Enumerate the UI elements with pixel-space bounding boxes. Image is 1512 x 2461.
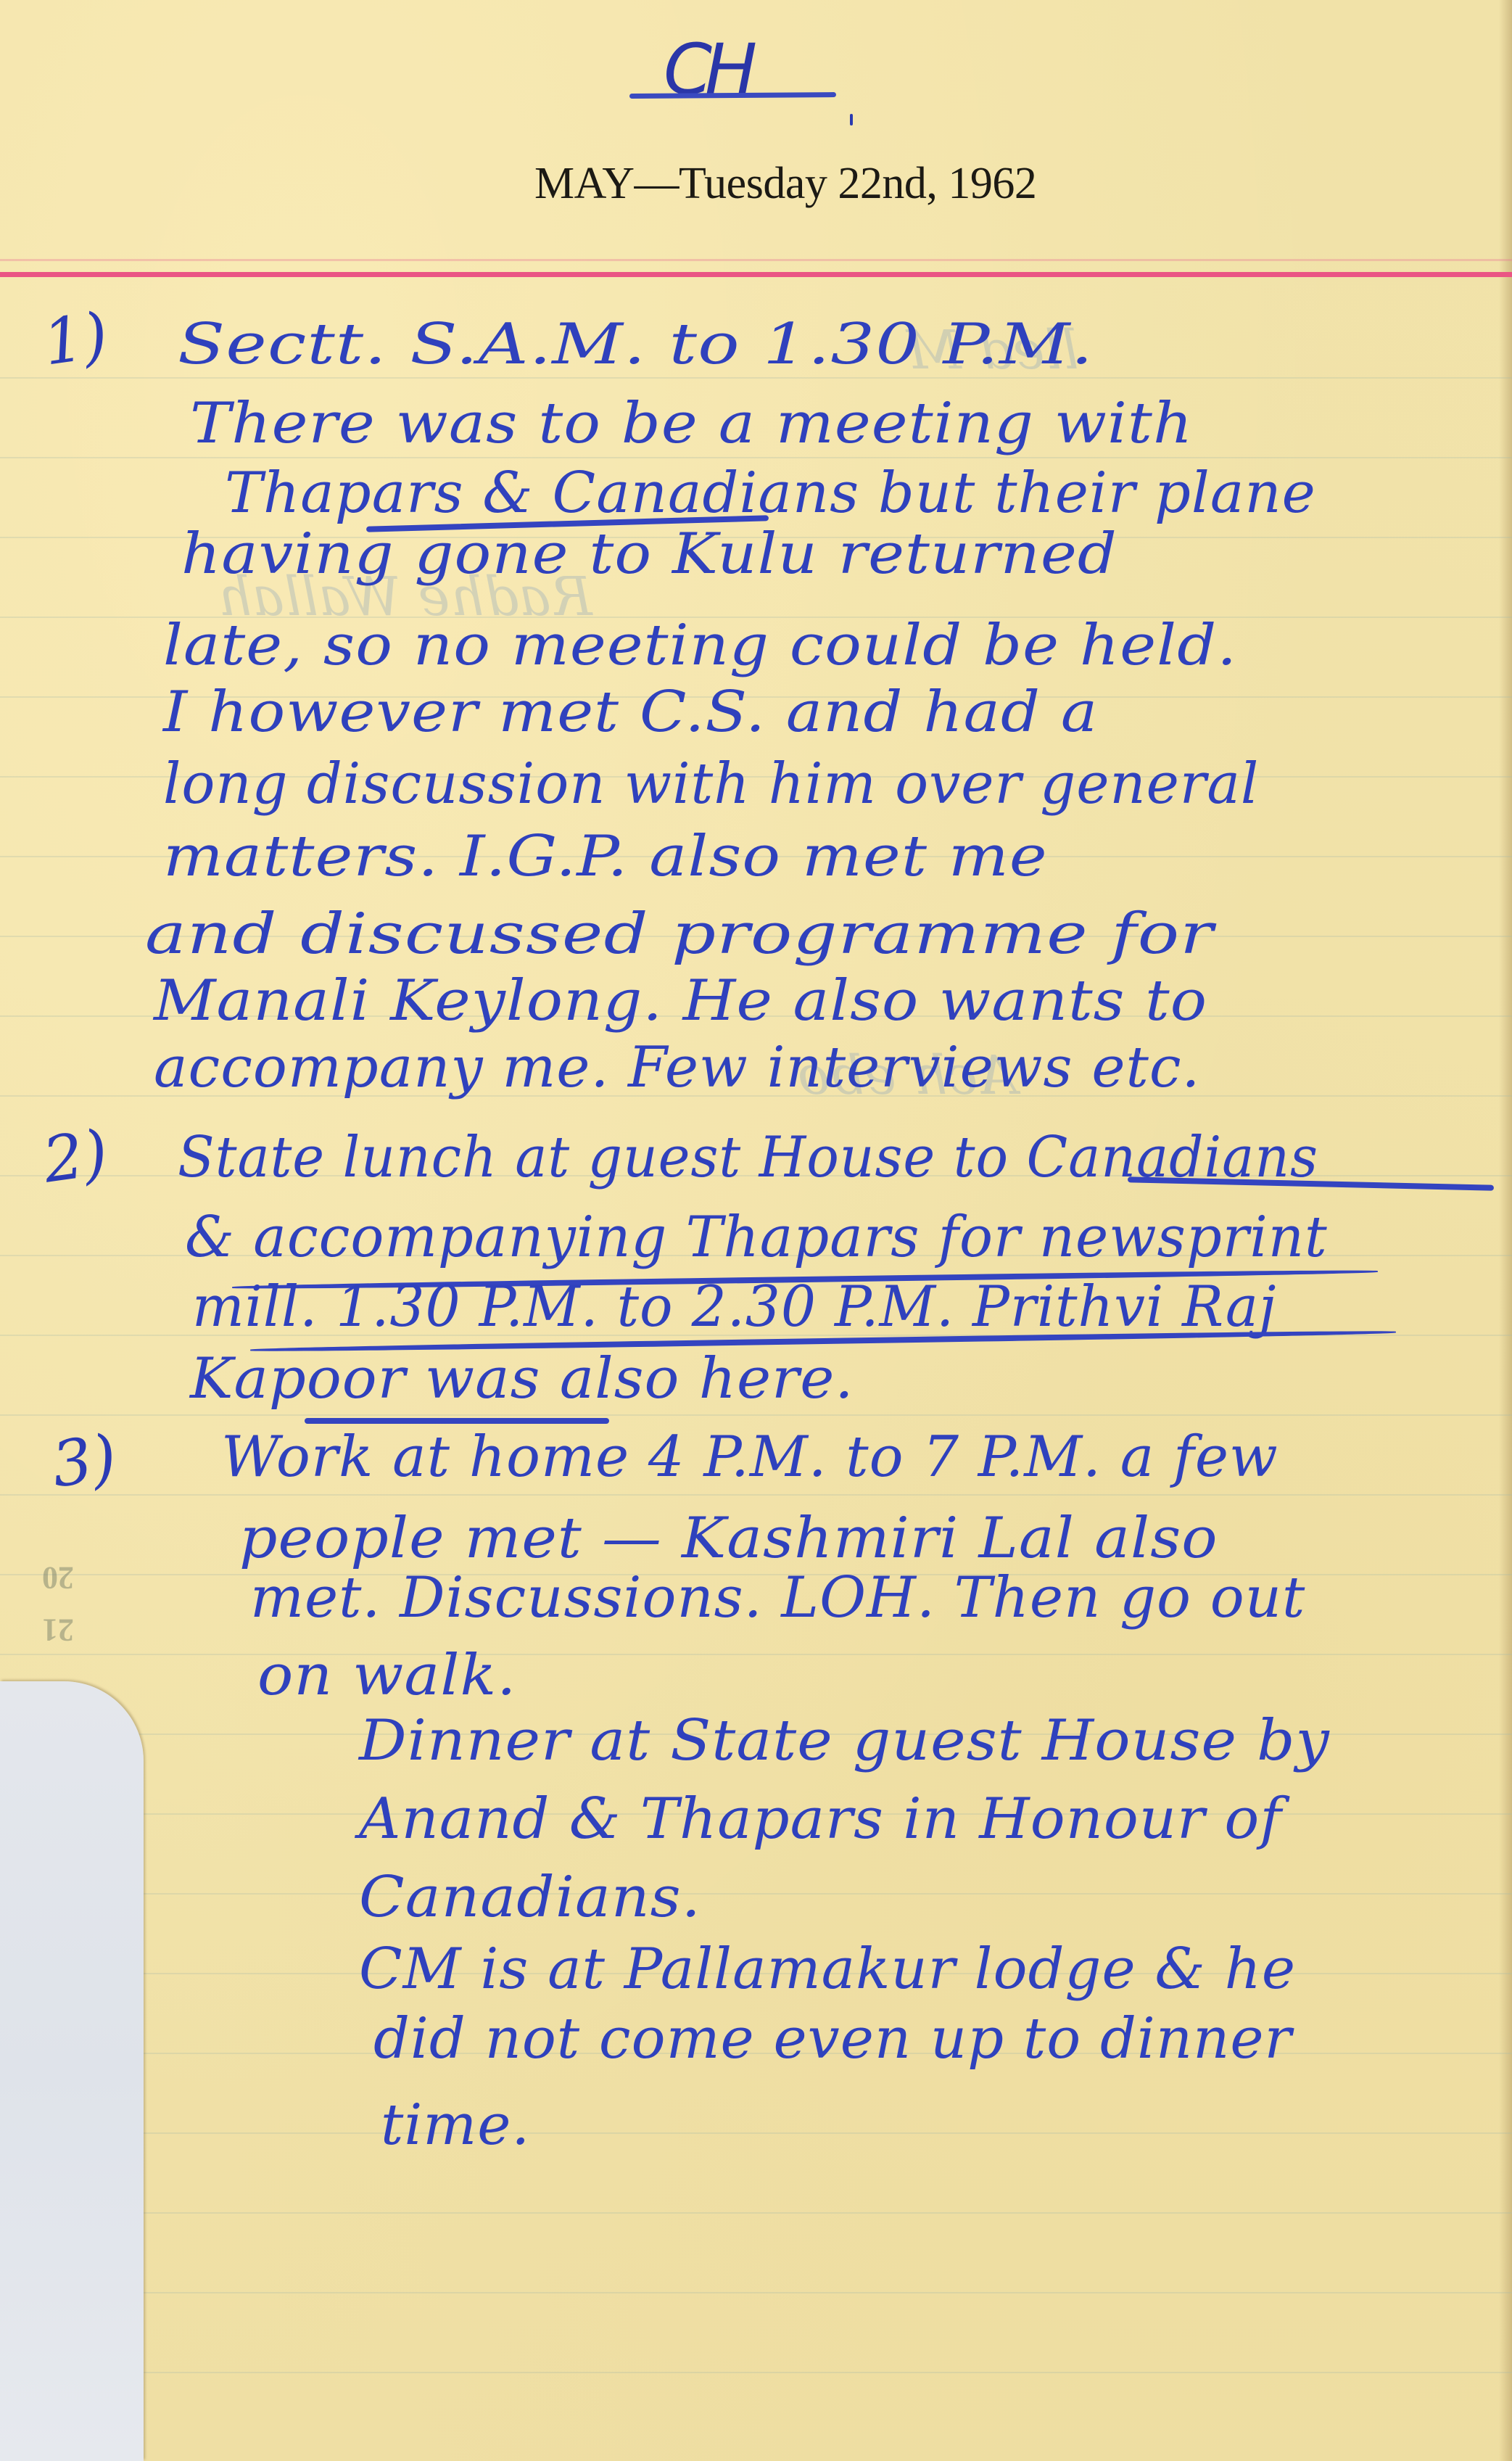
ink-mark [850, 114, 853, 125]
envelope-corner [0, 1681, 144, 2461]
entry-line: late, so no meeting could be held. [163, 617, 1237, 674]
entry-number: 2) [38, 1116, 112, 1197]
entry-line: & accompanying Thapars for newsprint [185, 1209, 1328, 1266]
entry-line: Kapoor was also here. [190, 1351, 854, 1407]
ruled-line [0, 1654, 1512, 1655]
entry-line: people met — Kashmiri Lal also [239, 1510, 1218, 1567]
entry-line: Anand & Thapars in Honour of [359, 1791, 1282, 1847]
ruled-line [0, 2212, 1512, 2214]
entry-line: long discussion with him over general [163, 756, 1259, 812]
entry-line: accompany me. Few interviews etc. [154, 1039, 1200, 1096]
ruled-line [0, 1893, 1512, 1895]
ruled-line [0, 1494, 1512, 1496]
entry-line: CM is at Pallamakur lodge & he [359, 1941, 1296, 1998]
entry-line: having gone to Kulu returned [181, 526, 1118, 582]
ruled-line [0, 2292, 1512, 2293]
ruled-line [0, 457, 1512, 458]
date-heading: MAY—Tuesday 22nd, 1962 [534, 158, 1036, 210]
entry-line: Sectt. S.A.M. to 1.30 P.M. [178, 316, 1094, 373]
margin-number: 21 [42, 1612, 74, 1649]
ruled-line [0, 2132, 1512, 2134]
ruled-line [0, 1414, 1512, 1416]
entry-line: time. [381, 2097, 530, 2153]
entry-number: 3) [47, 1421, 120, 1501]
underline-kapoor [305, 1418, 609, 1424]
ruled-line [0, 377, 1512, 379]
header-rule-faint [0, 259, 1512, 261]
entry-line: Dinner at State guest House by [359, 1712, 1330, 1769]
entry-line: Manali Keylong. He also wants to [154, 973, 1207, 1029]
entry-line: Work at home 4 P.M. to 7 P.M. a few [221, 1429, 1278, 1485]
entry-line: met. Discussions. LOH. Then go out [250, 1570, 1305, 1626]
entry-line: mill. 1.30 P.M. to 2.30 P.M. Prithvi Raj [192, 1279, 1276, 1335]
page-edge-shadow [1499, 0, 1512, 2461]
entry-line: Thapars & Canadians but their plane [225, 465, 1316, 522]
entry-line: on walk. [257, 1647, 516, 1704]
header-rule [0, 272, 1512, 277]
entry-line: matters. I.G.P. also met me [163, 828, 1048, 885]
ruled-line [0, 2372, 1512, 2373]
entry-line: Canadians. [359, 1869, 701, 1926]
entry-number: 1) [38, 299, 112, 379]
entry-line: and discussed programme for [145, 906, 1214, 962]
margin-number: 20 [42, 1559, 74, 1596]
entry-line: There was to be a meeting with [190, 395, 1193, 452]
entry-line: I however met C.S. and had a [163, 684, 1098, 741]
entry-line: did not come even up to dinner [373, 2011, 1292, 2067]
